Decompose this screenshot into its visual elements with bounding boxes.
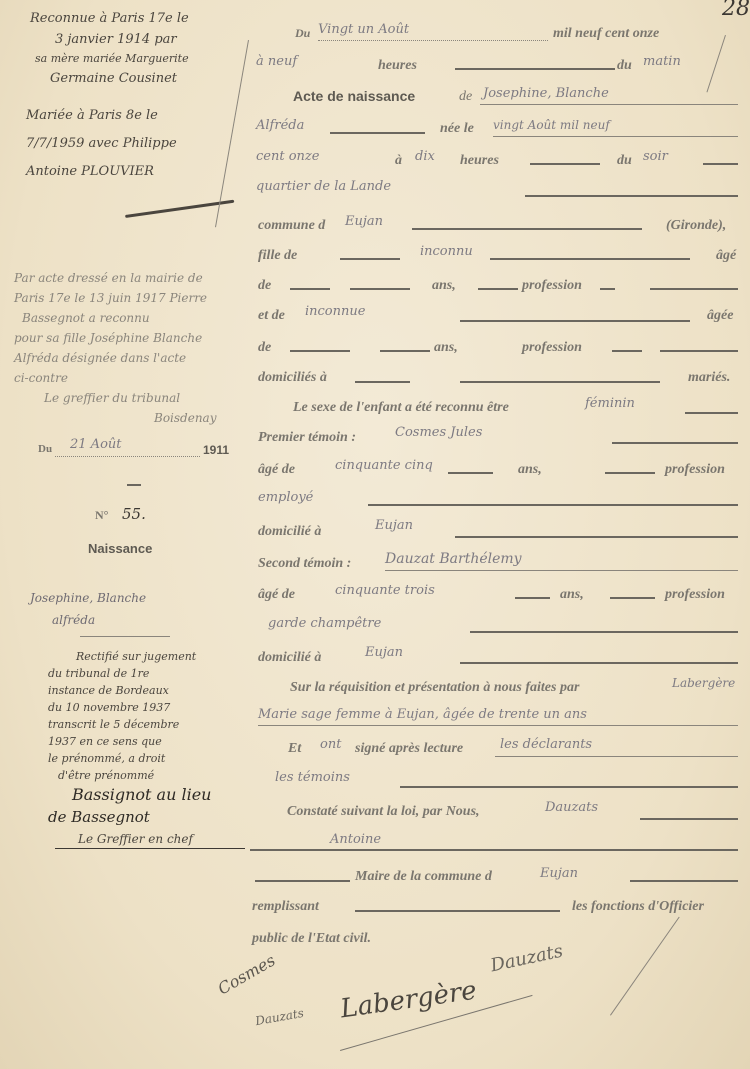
form-birth-hour-handwritten: dix <box>415 149 435 164</box>
pencil-stroke <box>706 35 725 92</box>
form-year-text: mil neuf cent onze <box>553 26 659 42</box>
date-rule <box>55 456 200 457</box>
margin-annotation-legitimation: Par acte dressé en la mairie de Paris 17… <box>14 268 216 428</box>
margin-annotation-recognition: Reconnue à Paris 17e le 3 janvier 1914 p… <box>30 8 270 89</box>
form-witness2-handwritten: Dauzat Barthélemy <box>385 551 522 567</box>
form-commune-handwritten: Eujan <box>345 214 383 229</box>
form-rule <box>250 849 738 851</box>
form-ans-label: ans, <box>434 340 458 356</box>
separator-rule <box>80 636 170 637</box>
form-rule <box>448 472 493 474</box>
signature-cosmes: Cosmes <box>214 951 278 999</box>
form-et-de-label: et de <box>258 308 285 324</box>
form-age-de-label: âgé de <box>258 462 295 478</box>
annotation-line: instance de Bordeaux <box>48 682 211 699</box>
form-rule <box>490 258 690 260</box>
form-agee-label: âgée <box>707 308 733 324</box>
form-rule <box>355 381 410 383</box>
form-witness1-profession-handwritten: employé <box>258 490 313 505</box>
form-rule <box>612 442 738 444</box>
annotation-line: Mariée à Paris 8e le <box>26 102 177 130</box>
form-witness1-age-handwritten: cinquante cinq <box>335 458 433 473</box>
margin-annotation-rectification: Rectifié sur jugement du tribunal de 1re… <box>48 648 211 850</box>
annotation-line: ci-contre <box>14 368 216 388</box>
form-rule <box>340 258 400 260</box>
annotation-line: d'être prénommé <box>48 767 211 784</box>
form-signed-handwritten: ont <box>320 737 341 752</box>
signature-dauzats-small: Dauzats <box>254 1006 305 1028</box>
form-age-label: âgé <box>716 248 736 264</box>
form-birth-year-handwritten: cent onze <box>256 149 319 164</box>
form-maire-commune-handwritten: Eujan <box>540 866 578 881</box>
form-du-label: Du <box>295 26 310 41</box>
form-sex-handwritten: féminin <box>585 396 635 411</box>
form-hour-handwritten: à neuf <box>256 54 297 69</box>
annotation-line: 7/7/1959 avec Philippe <box>26 130 177 158</box>
annotation-line: 1937 en ce sens que <box>48 733 211 750</box>
annotation-line: Reconnue à Paris 17e le <box>30 8 270 29</box>
form-rule <box>255 880 350 882</box>
annotation-line: Par acte dressé en la mairie de <box>14 268 216 288</box>
form-rule <box>495 756 738 757</box>
margin-annotation-marriage: Mariée à Paris 8e le 7/7/1959 avec Phili… <box>26 102 177 186</box>
annotation-line: 3 janvier 1914 par <box>30 29 270 50</box>
form-rule <box>258 725 738 726</box>
form-rule <box>455 536 738 538</box>
form-father-handwritten: inconnu <box>420 244 473 259</box>
form-remplissant-label: remplissant <box>252 899 319 915</box>
form-rule <box>460 381 660 383</box>
annotation-line: Alfréda désignée dans l'acte <box>14 348 216 368</box>
annotation-line: Rectifié sur jugement <box>48 648 211 665</box>
form-rule <box>605 472 655 474</box>
form-rule <box>480 104 738 105</box>
date-label: Du <box>38 443 52 455</box>
form-rule <box>640 818 738 820</box>
form-rule <box>368 504 738 506</box>
form-rule <box>525 195 738 197</box>
form-heures-label: heures <box>378 58 417 74</box>
form-maries-label: mariés. <box>688 370 730 386</box>
form-et-label: Et <box>288 741 301 757</box>
form-child-name-handwritten: Josephine, Blanche <box>483 86 609 101</box>
greffier-signature: Boisdenay <box>14 408 216 428</box>
form-fille-de-label: fille de <box>258 248 297 264</box>
form-rule <box>515 597 550 599</box>
annotation-line: de Bassegnot <box>48 806 211 828</box>
form-mother-handwritten: inconnue <box>305 304 365 319</box>
form-rule <box>660 350 738 352</box>
form-declarant-handwritten: Labergère <box>672 676 735 690</box>
form-de-label: de <box>258 278 271 294</box>
form-title-acte-de-naissance: Acte de naissance <box>293 88 415 104</box>
form-rule <box>630 880 738 882</box>
annotation-line: Bassegnot a reconnu <box>14 308 216 328</box>
form-a-label: à <box>395 153 402 169</box>
form-witness2-age-handwritten: cinquante trois <box>335 583 435 598</box>
child-name-line1: Josephine, Blanche <box>30 588 146 608</box>
annotation-line: Antoine PLOUVIER <box>26 158 177 186</box>
annotation-line: du 10 novembre 1937 <box>48 699 211 716</box>
form-profession-label: profession <box>522 278 582 294</box>
form-rule <box>460 320 690 322</box>
form-profession-label: profession <box>522 340 582 356</box>
form-rule <box>493 136 738 137</box>
form-age-de-label: âgé de <box>258 587 295 603</box>
form-rule <box>290 288 330 290</box>
form-birth-period-handwritten: soir <box>643 149 668 164</box>
form-rule <box>460 662 738 664</box>
form-department-label: (Gironde), <box>666 218 726 234</box>
form-rule <box>455 68 615 70</box>
date-year: 1911 <box>203 443 229 457</box>
form-birth-date-handwritten: vingt Août mil neuf <box>493 118 610 132</box>
form-du-label: du <box>617 58 632 74</box>
form-etat-civil-label: public de l'Etat civil. <box>252 931 371 947</box>
form-rule <box>412 228 642 230</box>
form-rule <box>530 163 600 165</box>
page-number: 28 <box>722 0 750 21</box>
form-ans-label: ans, <box>432 278 456 294</box>
form-maire-label: Maire de la commune d <box>355 869 492 885</box>
form-rule <box>612 350 642 352</box>
child-name-line2: alfréda <box>52 610 95 630</box>
form-witnesses-handwritten: les témoins <box>275 770 350 785</box>
underline-bassignot <box>55 848 245 849</box>
annotation-line: Germaine Cousinet <box>30 68 270 89</box>
form-profession-label: profession <box>665 587 725 603</box>
form-rule <box>478 288 518 290</box>
form-officer-name-handwritten: Dauzats <box>545 800 598 815</box>
form-rule <box>330 132 425 134</box>
annotation-line: le prénommé, a droit <box>48 750 211 767</box>
form-rule <box>650 288 738 290</box>
act-number-value: 55. <box>122 505 146 523</box>
form-period-handwritten: matin <box>643 54 681 69</box>
form-de-label: de <box>258 340 271 356</box>
form-rule <box>380 350 430 352</box>
form-rule <box>290 350 350 352</box>
form-rule <box>610 597 655 599</box>
form-declarant-details-handwritten: Marie sage femme à Eujan, âgée de trente… <box>258 707 587 722</box>
form-rule <box>400 786 738 788</box>
form-rule <box>355 910 560 912</box>
separator-dash <box>127 484 141 486</box>
form-second-temoin-label: Second témoin : <box>258 556 351 572</box>
form-premier-temoin-label: Premier témoin : <box>258 430 356 446</box>
date-value: 21 Août <box>70 437 122 452</box>
form-witness2-residence-handwritten: Eujan <box>365 645 403 660</box>
form-signe-apres-lecture-label: signé après lecture <box>355 741 463 757</box>
form-du-label: du <box>617 153 632 169</box>
form-child-name2-handwritten: Alfréda <box>256 118 304 133</box>
annotation-line: pour sa fille Joséphine Blanche <box>14 328 216 348</box>
form-witness1-residence-handwritten: Eujan <box>375 518 413 533</box>
signature-flourish <box>610 917 680 1016</box>
form-sex-label: Le sexe de l'enfant a été reconnu être <box>293 400 509 416</box>
form-fonctions-label: les fonctions d'Officier <box>572 899 704 915</box>
form-rule <box>703 163 738 165</box>
annotation-line: transcrit le 5 décembre <box>48 716 211 733</box>
signature-dauzats: Dauzats <box>489 941 565 977</box>
form-signers-handwritten: les déclarants <box>500 737 592 752</box>
form-rule <box>600 288 615 290</box>
form-nee-le-label: née le <box>440 121 474 137</box>
form-ans-label: ans, <box>560 587 584 603</box>
form-rule <box>385 570 738 571</box>
form-officer-firstname-handwritten: Antoine <box>330 832 381 847</box>
form-witness2-profession-handwritten: garde champêtre <box>268 616 381 631</box>
annotation-line: Le Greffier en chef <box>48 828 211 850</box>
form-domicilies-label: domiciliés à <box>258 370 327 386</box>
form-ans-label: ans, <box>518 462 542 478</box>
act-number-label: N° <box>95 508 108 523</box>
form-quarter-handwritten: quartier de la Lande <box>256 179 391 194</box>
form-constate-label: Constaté suivant la loi, par Nous, <box>287 804 480 820</box>
form-heures-label: heures <box>460 153 499 169</box>
form-domicilie-label: domicilié à <box>258 524 321 540</box>
form-witness1-handwritten: Cosmes Jules <box>395 425 482 440</box>
form-rule <box>685 412 738 414</box>
form-rule <box>470 631 738 633</box>
form-requisition-label: Sur la réquisition et présentation à nou… <box>290 680 579 696</box>
act-type: Naissance <box>88 541 152 556</box>
annotation-line: du tribunal de 1re <box>48 665 211 682</box>
annotation-line: Bassignot au lieu <box>48 784 211 806</box>
form-de-label: de <box>459 89 472 105</box>
form-profession-label: profession <box>665 462 725 478</box>
form-rule <box>318 40 548 41</box>
form-domicilie-label: domicilié à <box>258 650 321 666</box>
form-date-handwritten: Vingt un Août <box>318 22 409 37</box>
form-commune-label: commune d <box>258 218 325 234</box>
annotation-line: Le greffier du tribunal <box>14 388 216 408</box>
annotation-line: sa mère mariée Marguerite <box>30 50 270 68</box>
annotation-line: Paris 17e le 13 juin 1917 Pierre <box>14 288 216 308</box>
form-rule <box>350 288 410 290</box>
